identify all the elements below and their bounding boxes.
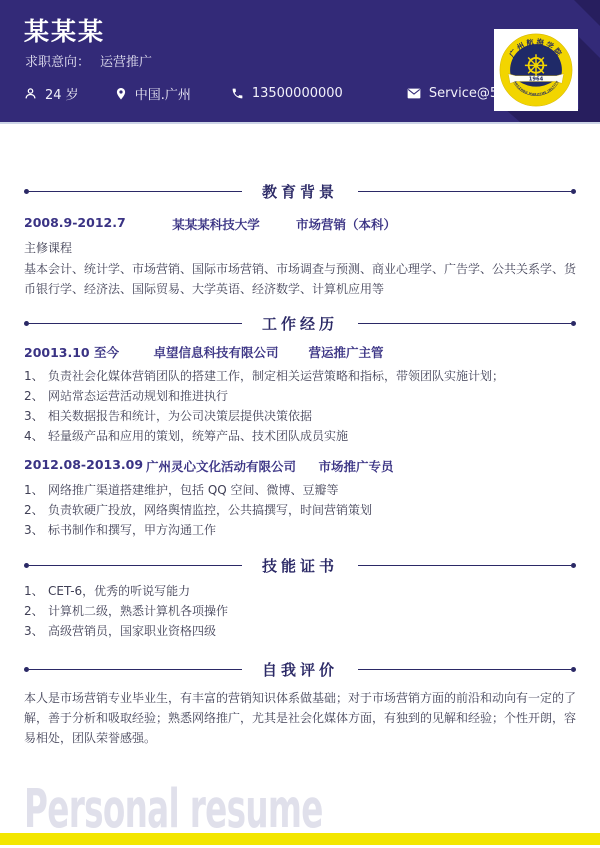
skill-item: 2、计算机二级，熟悉计算机各项操作 [24, 601, 576, 621]
section-header-evaluation: 自我评价 [24, 659, 576, 680]
skill-number: 3、 [24, 621, 48, 641]
duty-text: 负责社会化媒体营销团队的搭建工作，制定相关运营策略和指标，带领团队实施计划； [48, 366, 576, 386]
self-evaluation-text: 本人是市场营销专业毕业生，有丰富的营销知识体系做基础；对于市场营销方面的前沿和动… [24, 688, 576, 748]
skill-item: 3、高级营销员，国家职业资格四级 [24, 621, 576, 641]
school-emblem-icon: 广州航海学院 1964 GUANGZHOU MARITIME INSTITUTE [499, 33, 573, 107]
divider-line [358, 565, 571, 566]
duty-item: 2、负责软硬广投放，网络舆情监控，公共搞撰写，时间营销策划 [24, 500, 576, 520]
section-title: 教育背景 [242, 181, 358, 202]
contact-row: 24 岁 中国.广州 13500000000 Se [24, 84, 539, 103]
job-row: 2012.08-2013.09 广州灵心文化活动有限公司 市场推广专员 [24, 457, 576, 475]
section-title: 工作经历 [242, 313, 358, 334]
job-role: 市场推广专员 [296, 457, 416, 475]
courses-label: 主修课程 [24, 239, 576, 256]
header: 某某某 求职意向：运营推广 24 岁 中国.广州 [0, 0, 600, 124]
job-intention: 求职意向：运营推广 [25, 51, 152, 70]
skill-number: 2、 [24, 601, 48, 621]
ship-wheel-icon [525, 54, 547, 76]
duty-text: 网络推广渠道搭建维护，包括 QQ 空间、微博、豆瓣等 [48, 480, 576, 500]
duty-number: 1、 [24, 480, 48, 500]
courses-text: 基本会计、统计学、市场营销、国际市场营销、市场调查与预测、商业心理学、广告学、公… [24, 259, 576, 299]
contact-age: 24 岁 [24, 84, 79, 103]
divider-line [29, 669, 242, 670]
section-header-work: 工作经历 [24, 313, 576, 334]
line-dot-right [571, 189, 576, 194]
job-duties-list: 1、网络推广渠道搭建维护，包括 QQ 空间、微博、豆瓣等 2、负责软硬广投放，网… [24, 480, 576, 540]
duty-number: 4、 [24, 426, 48, 446]
contact-location: 中国.广州 [115, 84, 191, 103]
bottom-yellow-bar [0, 833, 600, 845]
location-text: 中国.广州 [135, 84, 191, 103]
duty-text: 轻量级产品和应用的策划，统筹产品、技术团队成员实施 [48, 426, 576, 446]
candidate-name: 某某某 [24, 12, 105, 48]
phone-icon [231, 87, 244, 100]
duty-text: 相关数据报告和统计，为公司决策层提供决策依据 [48, 406, 576, 426]
job-row: 20013.10 至今 卓望信息科技有限公司 营运推广主管 [24, 343, 576, 361]
duty-text: 标书制作和撰写，甲方沟通工作 [48, 520, 576, 540]
divider-line [358, 191, 571, 192]
school-logo-card: 广州航海学院 1964 GUANGZHOU MARITIME INSTITUTE [494, 29, 578, 111]
skill-item: 1、CET-6，优秀的听说写能力 [24, 581, 576, 601]
phone-text: 13500000000 [252, 86, 343, 101]
job-company: 卓望信息科技有限公司 [146, 343, 286, 361]
duty-number: 1、 [24, 366, 48, 386]
section-header-education: 教育背景 [24, 181, 576, 202]
duty-number: 3、 [24, 406, 48, 426]
duty-text: 负责软硬广投放，网络舆情监控，公共搞撰写，时间营销策划 [48, 500, 576, 520]
resume-page: 某某某 求职意向：运营推广 24 岁 中国.广州 [0, 0, 600, 848]
divider-line [358, 669, 571, 670]
job-company: 广州灵心文化活动有限公司 [146, 457, 296, 475]
line-dot-right [571, 563, 576, 568]
divider-line [29, 191, 242, 192]
age-text: 24 岁 [45, 84, 79, 103]
skill-text: 高级营销员，国家职业资格四级 [48, 621, 576, 641]
section-header-skills: 技能证书 [24, 555, 576, 576]
job-role: 营运推广主管 [286, 343, 406, 361]
location-pin-icon [115, 87, 127, 101]
skill-text: CET-6，优秀的听说写能力 [48, 581, 576, 601]
personal-resume-watermark: Personal resume [24, 782, 323, 836]
duty-item: 1、网络推广渠道搭建维护，包括 QQ 空间、微博、豆瓣等 [24, 480, 576, 500]
person-icon [24, 87, 37, 100]
duty-number: 3、 [24, 520, 48, 540]
section-title: 技能证书 [242, 555, 358, 576]
section-title: 自我评价 [242, 659, 358, 680]
contact-phone: 13500000000 [231, 86, 343, 101]
envelope-icon [407, 88, 421, 99]
line-dot-right [571, 667, 576, 672]
duty-item: 4、轻量级产品和应用的策划，统筹产品、技术团队成员实施 [24, 426, 576, 446]
job-duties-list: 1、负责社会化媒体营销团队的搭建工作，制定相关运营策略和指标，带领团队实施计划；… [24, 366, 576, 446]
duty-item: 3、标书制作和撰写，甲方沟通工作 [24, 520, 576, 540]
duty-number: 2、 [24, 386, 48, 406]
duty-number: 2、 [24, 500, 48, 520]
education-school: 某某某科技大学 [146, 215, 286, 233]
divider-line [29, 565, 242, 566]
duty-item: 1、负责社会化媒体营销团队的搭建工作，制定相关运营策略和指标，带领团队实施计划； [24, 366, 576, 386]
duty-item: 3、相关数据报告和统计，为公司决策层提供决策依据 [24, 406, 576, 426]
duty-text: 网站常态运营活动规划和推进执行 [48, 386, 576, 406]
job-period: 20013.10 至今 [24, 343, 146, 361]
divider-line [358, 323, 571, 324]
education-row: 2008.9-2012.7 某某某科技大学 市场营销（本科） [24, 215, 576, 233]
divider-line [29, 323, 242, 324]
skills-list: 1、CET-6，优秀的听说写能力 2、计算机二级，熟悉计算机各项操作 3、高级营… [24, 581, 576, 641]
duty-item: 2、网站常态运营活动规划和推进执行 [24, 386, 576, 406]
resume-body: 教育背景 2008.9-2012.7 某某某科技大学 市场营销（本科） 主修课程… [0, 181, 600, 748]
skill-text: 计算机二级，熟悉计算机各项操作 [48, 601, 576, 621]
job-period: 2012.08-2013.09 [24, 457, 146, 475]
corner-fold-decoration [574, 0, 600, 26]
skill-number: 1、 [24, 581, 48, 601]
education-major: 市场营销（本科） [286, 215, 406, 233]
job-intention-value: 运营推广 [100, 55, 152, 70]
job-intention-label: 求职意向： [25, 55, 90, 70]
logo-year: 1964 [529, 77, 544, 83]
education-period: 2008.9-2012.7 [24, 215, 146, 233]
line-dot-right [571, 321, 576, 326]
